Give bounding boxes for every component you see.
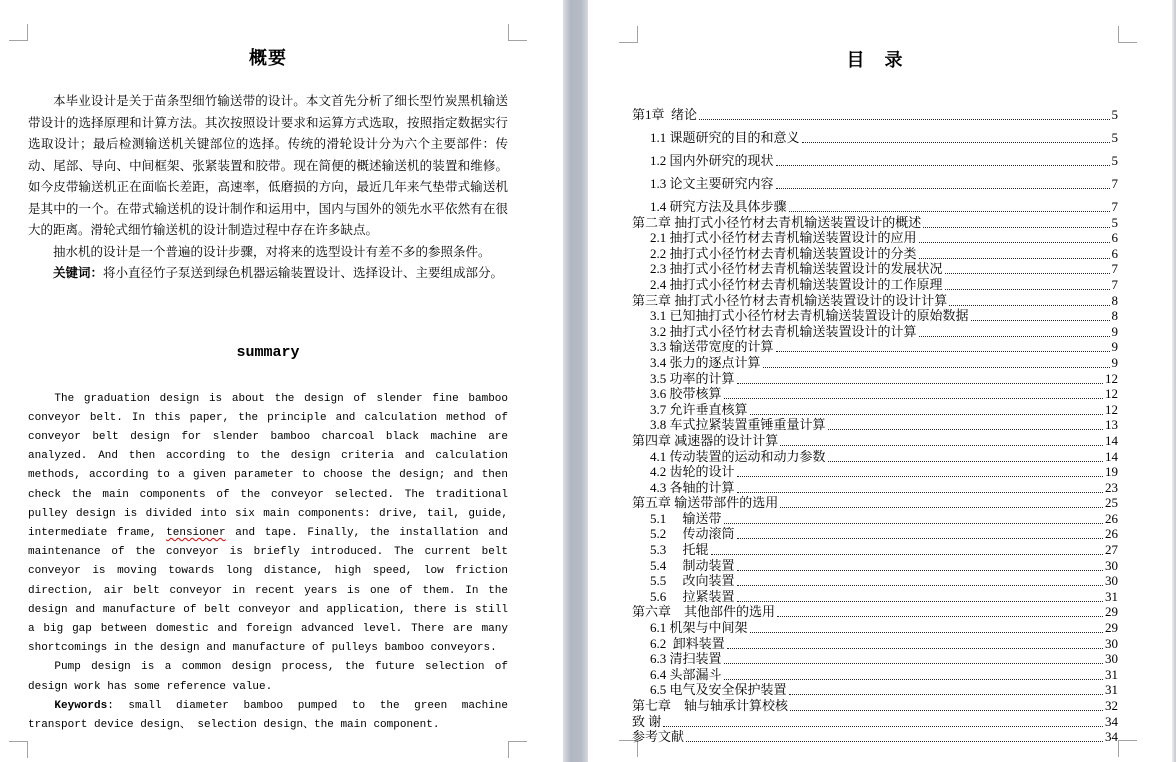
toc-entry-label: 第二章 抽打式小径竹材去青机输送装置设计的概述 xyxy=(632,216,921,230)
toc-entry[interactable]: 5.5 改向装置 30 xyxy=(632,573,1118,589)
toc-entry-label: 3.7 允许垂直核算 xyxy=(650,403,748,417)
abstract-content: 概要 本毕业设计是关于苗条型细竹输送带的设计。本文首先分析了细长型竹炭黑机输送带… xyxy=(28,40,508,735)
crop-mark-top-left xyxy=(9,24,28,41)
toc-entry-page-number: 34 xyxy=(1105,730,1118,744)
toc-entry-label: 第五章 输送带部件的选用 xyxy=(632,496,778,510)
toc-entry[interactable]: 5.6 拉紧装置 31 xyxy=(632,588,1118,604)
toc-entry[interactable]: 第1章 绪论 5 xyxy=(632,99,1118,122)
document-canvas: 概要 本毕业设计是关于苗条型细竹输送带的设计。本文首先分析了细长型竹炭黑机输送带… xyxy=(0,0,1176,762)
toc-entry[interactable]: 2.1 抽打式小径竹材去青机输送装置设计的应用 6 xyxy=(632,230,1118,246)
toc-entry-label: 1.3 论文主要研究内容 xyxy=(650,177,774,191)
toc-entry-page-number: 9 xyxy=(1112,325,1119,339)
summary-title: summary xyxy=(28,343,508,363)
toc-dot-leader xyxy=(724,679,1103,680)
summary-paragraph-1: The graduation design is about the desig… xyxy=(28,390,508,659)
toc-entry[interactable]: 3.4 张力的逐点计算 9 xyxy=(632,354,1118,370)
toc-dot-leader xyxy=(789,211,1110,212)
toc-entry[interactable]: 2.3 抽打式小径竹材去青机输送装置设计的发展状况 7 xyxy=(632,261,1118,277)
toc-dot-leader xyxy=(750,632,1103,633)
abstract-page: 概要 本毕业设计是关于苗条型细竹输送带的设计。本文首先分析了细长型竹炭黑机输送带… xyxy=(0,0,563,762)
toc-entry-label: 1.1 课题研究的目的和意义 xyxy=(650,131,800,145)
toc-entry-page-number: 9 xyxy=(1112,356,1119,370)
page-divider xyxy=(563,0,588,762)
toc-entry-label: 5.2 传动滚筒 xyxy=(650,527,735,541)
toc-dot-leader xyxy=(945,273,1110,274)
toc-dot-leader xyxy=(949,305,1109,306)
keywords-label: 关键词： xyxy=(53,266,103,280)
toc-content: 目 录 第1章 绪论 5 1.1 课题研究的目的和意义 5 1.2 国内外研究的… xyxy=(632,42,1118,744)
toc-entry[interactable]: 第六章 其他部件的选用 29 xyxy=(632,604,1118,620)
toc-dot-leader xyxy=(919,242,1110,243)
toc-entry[interactable]: 6.1 机架与中间架 29 xyxy=(632,619,1118,635)
toc-entry[interactable]: 1.4 研究方法及具体步骤 7 xyxy=(632,191,1118,214)
toc-entry[interactable]: 3.8 车式拉紧装置重锤重量计算 13 xyxy=(632,417,1118,433)
toc-entry-label: 第三章 抽打式小径竹材去青机输送装置设计的设计计算 xyxy=(632,294,947,308)
toc-entry-page-number: 7 xyxy=(1112,200,1119,214)
toc-entry[interactable]: 6.4 头部漏斗 31 xyxy=(632,666,1118,682)
toc-entry-page-number: 31 xyxy=(1105,590,1118,604)
toc-entry[interactable]: 4.1 传动装置的运动和动力参数 14 xyxy=(632,448,1118,464)
summary-paragraph-2: Pump design is a common design process, … xyxy=(28,658,508,696)
toc-entry-page-number: 12 xyxy=(1105,372,1118,386)
toc-entry-label: 5.4 制动装置 xyxy=(650,559,735,573)
toc-entry-page-number: 30 xyxy=(1105,652,1118,666)
toc-entry-page-number: 25 xyxy=(1105,496,1118,510)
toc-entry[interactable]: 第七章 轴与轴承计算校核 32 xyxy=(632,697,1118,713)
abstract-keywords: 关键词：将小直径竹子泵送到绿色机器运输装置设计、选择设计、主要组成部分。 xyxy=(28,263,508,285)
toc-entry[interactable]: 参考文献 34 xyxy=(632,729,1118,745)
toc-page: 目 录 第1章 绪论 5 1.1 课题研究的目的和意义 5 1.2 国内外研究的… xyxy=(588,0,1172,762)
toc-entry-page-number: 30 xyxy=(1105,637,1118,651)
toc-entry[interactable]: 1.3 论文主要研究内容 7 xyxy=(632,168,1118,191)
crop-mark-top-right xyxy=(508,24,527,41)
toc-entry-label: 3.6 胶带核算 xyxy=(650,387,722,401)
toc-entry-label: 5.1 输送带 xyxy=(650,512,722,526)
toc-entry-page-number: 32 xyxy=(1105,699,1118,713)
toc-dot-leader xyxy=(737,538,1103,539)
toc-entry-page-number: 34 xyxy=(1105,715,1118,729)
toc-entry-page-number: 26 xyxy=(1105,512,1118,526)
toc-dot-leader xyxy=(776,188,1110,189)
toc-entry-label: 5.6 拉紧装置 xyxy=(650,590,735,604)
toc-entry[interactable]: 3.1 已知抽打式小径竹材去青机输送装置设计的原始数据 8 xyxy=(632,308,1118,324)
toc-entry[interactable]: 第二章 抽打式小径竹材去青机输送装置设计的概述 5 xyxy=(632,214,1118,230)
toc-entry[interactable]: 3.7 允许垂直核算 12 xyxy=(632,401,1118,417)
right-page-edge xyxy=(1172,0,1176,762)
toc-dot-leader xyxy=(727,648,1103,649)
toc-dot-leader xyxy=(790,710,1103,711)
toc-entry-page-number: 8 xyxy=(1112,309,1119,323)
toc-entry-label: 3.3 输送带宽度的计算 xyxy=(650,340,774,354)
toc-entry-label: 6.2 卸料装置 xyxy=(650,637,725,651)
toc-dot-leader xyxy=(737,570,1103,571)
toc-entry-page-number: 30 xyxy=(1105,559,1118,573)
toc-entry-label: 6.1 机架与中间架 xyxy=(650,621,748,635)
toc-dot-leader xyxy=(828,429,1103,430)
toc-dot-leader xyxy=(737,383,1103,384)
toc-dot-leader xyxy=(724,663,1103,664)
toc-entry-label: 4.3 各轴的计算 xyxy=(650,481,735,495)
toc-entry[interactable]: 6.2 卸料装置 30 xyxy=(632,635,1118,651)
toc-dot-leader xyxy=(686,741,1103,742)
toc-entry[interactable]: 6.5 电气及安全保护装置 31 xyxy=(632,682,1118,698)
toc-list: 第1章 绪论 5 1.1 课题研究的目的和意义 5 1.2 国内外研究的现状 5… xyxy=(632,99,1118,744)
abstract-paragraph-1: 本毕业设计是关于苗条型细竹输送带的设计。本文首先分析了细长型竹炭黑机输送带设计的… xyxy=(28,91,508,242)
toc-entry-page-number: 29 xyxy=(1105,621,1118,635)
toc-entry-label: 第四章 减速器的设计计算 xyxy=(632,434,778,448)
toc-entry-label: 1.2 国内外研究的现状 xyxy=(650,154,774,168)
toc-entry[interactable]: 3.5 功率的计算 12 xyxy=(632,370,1118,386)
toc-entry[interactable]: 5.1 输送带 26 xyxy=(632,510,1118,526)
toc-dot-leader xyxy=(776,351,1110,352)
toc-entry-page-number: 9 xyxy=(1112,340,1119,354)
toc-entry-page-number: 7 xyxy=(1112,278,1119,292)
toc-entry-label: 6.4 头部漏斗 xyxy=(650,668,722,682)
toc-dot-leader xyxy=(737,492,1103,493)
toc-entry-page-number: 30 xyxy=(1105,574,1118,588)
crop-mark-top-right xyxy=(1118,26,1137,43)
toc-entry-label: 参考文献 xyxy=(632,730,684,744)
keywords-text: 将小直径竹子泵送到绿色机器运输装置设计、选择设计、主要组成部分。 xyxy=(103,266,503,280)
toc-entry-page-number: 14 xyxy=(1105,450,1118,464)
toc-entry-label: 5.5 改向装置 xyxy=(650,574,735,588)
toc-entry-page-number: 14 xyxy=(1105,434,1118,448)
toc-entry[interactable]: 4.2 齿轮的设计 19 xyxy=(632,464,1118,480)
toc-dot-leader xyxy=(780,507,1103,508)
toc-entry[interactable]: 第四章 减速器的设计计算 14 xyxy=(632,432,1118,448)
toc-entry-label: 致 谢 xyxy=(632,715,661,729)
misspelled-word: tensioner xyxy=(166,527,225,539)
toc-dot-leader xyxy=(919,258,1110,259)
toc-entry-page-number: 6 xyxy=(1112,231,1119,245)
toc-entry-page-number: 5 xyxy=(1112,108,1119,122)
toc-entry-page-number: 5 xyxy=(1112,154,1119,168)
toc-entry-label: 第六章 其他部件的选用 xyxy=(632,605,775,619)
toc-entry[interactable]: 1.2 国内外研究的现状 5 xyxy=(632,145,1118,168)
toc-entry-page-number: 6 xyxy=(1112,247,1119,261)
toc-entry-label: 6.3 清扫装置 xyxy=(650,652,722,666)
toc-entry-label: 2.4 抽打式小径竹材去青机输送装置设计的工作原理 xyxy=(650,278,943,292)
toc-entry-label: 2.2 抽打式小径竹材去青机输送装置设计的分类 xyxy=(650,247,917,261)
toc-dot-leader xyxy=(699,119,1109,120)
toc-dot-leader xyxy=(737,601,1103,602)
toc-entry-label: 2.3 抽打式小径竹材去青机输送装置设计的发展状况 xyxy=(650,262,943,276)
toc-entry-label: 4.1 传动装置的运动和动力参数 xyxy=(650,450,826,464)
toc-entry-page-number: 27 xyxy=(1105,543,1118,557)
toc-entry-page-number: 29 xyxy=(1105,605,1118,619)
toc-entry-page-number: 5 xyxy=(1112,216,1119,230)
toc-dot-leader xyxy=(763,367,1110,368)
toc-dot-leader xyxy=(923,227,1109,228)
toc-entry-label: 3.8 车式拉紧装置重锤重量计算 xyxy=(650,418,826,432)
crop-mark-bottom-right xyxy=(1118,740,1137,757)
toc-entry[interactable]: 3.2 抽打式小径竹材去青机输送装置设计的计算 9 xyxy=(632,323,1118,339)
toc-entry-label: 3.1 已知抽打式小径竹材去青机输送装置设计的原始数据 xyxy=(650,309,969,323)
toc-entry[interactable]: 1.1 课题研究的目的和意义 5 xyxy=(632,122,1118,145)
toc-dot-leader xyxy=(776,165,1110,166)
toc-dot-leader xyxy=(802,142,1110,143)
toc-entry-page-number: 12 xyxy=(1105,387,1118,401)
toc-entry[interactable]: 2.2 抽打式小径竹材去青机输送装置设计的分类 6 xyxy=(632,245,1118,261)
toc-entry-label: 1.4 研究方法及具体步骤 xyxy=(650,200,787,214)
toc-entry-page-number: 26 xyxy=(1105,527,1118,541)
toc-entry[interactable]: 第三章 抽打式小径竹材去青机输送装置设计的设计计算 8 xyxy=(632,292,1118,308)
toc-dot-leader xyxy=(711,554,1103,555)
toc-entry-label: 3.2 抽打式小径竹材去青机输送装置设计的计算 xyxy=(650,325,917,339)
toc-entry-label: 第七章 轴与轴承计算校核 xyxy=(632,699,788,713)
toc-dot-leader xyxy=(789,694,1103,695)
toc-entry-label: 3.5 功率的计算 xyxy=(650,372,735,386)
toc-entry-page-number: 7 xyxy=(1112,177,1119,191)
toc-entry[interactable]: 致 谢 34 xyxy=(632,713,1118,729)
toc-entry-page-number: 8 xyxy=(1112,294,1119,308)
toc-entry[interactable]: 4.3 各轴的计算 23 xyxy=(632,479,1118,495)
toc-entry-label: 2.1 抽打式小径竹材去青机输送装置设计的应用 xyxy=(650,231,917,245)
toc-dot-leader xyxy=(945,289,1110,290)
keywords-en-label: Keywords xyxy=(54,700,107,712)
toc-entry[interactable]: 3.6 胶带核算 12 xyxy=(632,386,1118,402)
toc-dot-leader xyxy=(724,398,1103,399)
toc-dot-leader xyxy=(828,461,1103,462)
toc-entry[interactable]: 5.3 托辊 27 xyxy=(632,541,1118,557)
crop-mark-top-left xyxy=(619,26,638,43)
toc-entry-label: 3.4 张力的逐点计算 xyxy=(650,356,761,370)
toc-dot-leader xyxy=(737,585,1103,586)
summary-keywords: Keywords: small diameter bamboo pumped t… xyxy=(28,697,508,735)
toc-dot-leader xyxy=(777,616,1103,617)
toc-entry-label: 第1章 绪论 xyxy=(632,108,697,122)
toc-entry-page-number: 12 xyxy=(1105,403,1118,417)
summary-text-after: and tape. Finally, the installation and … xyxy=(28,527,508,654)
toc-entry-page-number: 23 xyxy=(1105,481,1118,495)
toc-dot-leader xyxy=(724,523,1103,524)
toc-entry[interactable]: 5.2 传动滚筒 26 xyxy=(632,526,1118,542)
abstract-title: 概要 xyxy=(28,46,508,70)
toc-entry-label: 6.5 电气及安全保护装置 xyxy=(650,683,787,697)
toc-entry[interactable]: 3.3 输送带宽度的计算 9 xyxy=(632,339,1118,355)
toc-entry-page-number: 31 xyxy=(1105,668,1118,682)
toc-entry-page-number: 31 xyxy=(1105,683,1118,697)
toc-title: 目 录 xyxy=(632,48,1118,72)
summary-text-before: The graduation design is about the desig… xyxy=(28,393,508,539)
toc-entry-page-number: 5 xyxy=(1112,131,1119,145)
crop-mark-bottom-left xyxy=(9,741,28,758)
toc-dot-leader xyxy=(737,476,1103,477)
toc-dot-leader xyxy=(971,320,1110,321)
toc-entry-page-number: 7 xyxy=(1112,262,1119,276)
toc-entry[interactable]: 5.4 制动装置 30 xyxy=(632,557,1118,573)
toc-entry[interactable]: 2.4 抽打式小径竹材去青机输送装置设计的工作原理 7 xyxy=(632,276,1118,292)
toc-dot-leader xyxy=(919,336,1110,337)
toc-dot-leader xyxy=(663,726,1103,727)
abstract-paragraph-2: 抽水机的设计是一个普遍的设计步骤，对将来的选型设计有差不多的参照条件。 xyxy=(28,242,508,264)
toc-dot-leader xyxy=(750,414,1103,415)
toc-entry[interactable]: 第五章 输送带部件的选用 25 xyxy=(632,495,1118,511)
toc-entry-label: 4.2 齿轮的设计 xyxy=(650,465,735,479)
toc-dot-leader xyxy=(780,445,1103,446)
toc-entry-page-number: 19 xyxy=(1105,465,1118,479)
toc-entry-page-number: 13 xyxy=(1105,418,1118,432)
toc-entry[interactable]: 6.3 清扫装置 30 xyxy=(632,651,1118,667)
crop-mark-bottom-right xyxy=(508,741,527,758)
toc-entry-label: 5.3 托辊 xyxy=(650,543,709,557)
